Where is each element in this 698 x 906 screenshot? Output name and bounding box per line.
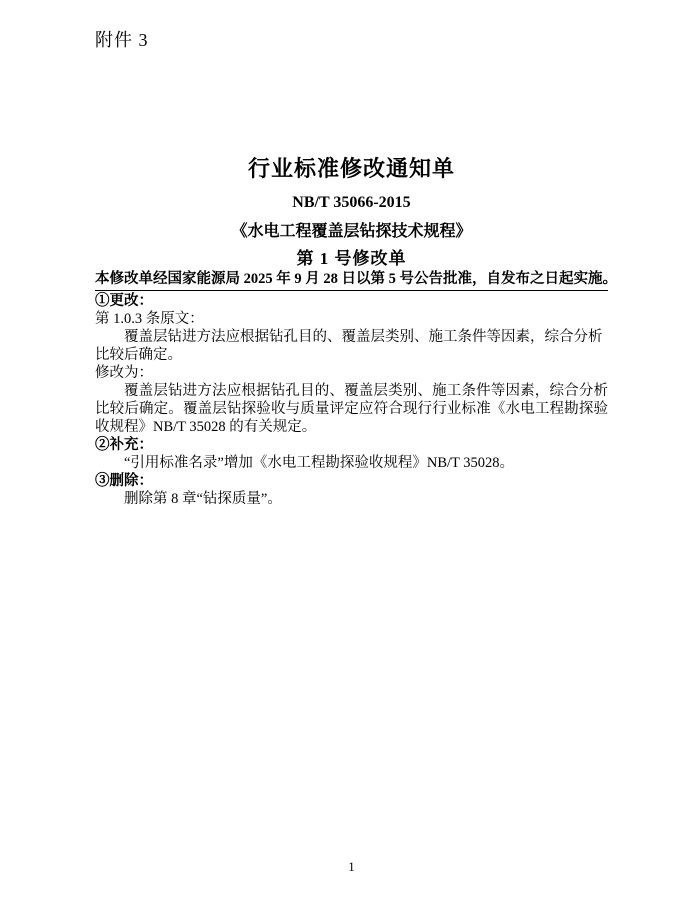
approval-statement: 本修改单经国家能源局 2025 年 9 月 28 日以第 5 号公告批准，自发布… (95, 271, 608, 291)
standard-name: 《水电工程覆盖层钻探技术规程》 (95, 221, 608, 242)
document-header: 行业标准修改通知单 NB/T 35066-2015 《水电工程覆盖层钻探技术规程… (95, 154, 608, 270)
original-clause-label: 第 1.0.3 条原文： (95, 310, 608, 328)
document-title: 行业标准修改通知单 (95, 154, 608, 184)
document-body: 本修改单经国家能源局 2025 年 9 月 28 日以第 5 号公告批准，自发布… (95, 271, 608, 508)
section-heading-change: ①更改： (95, 292, 608, 310)
standard-code: NB/T 35066-2015 (95, 193, 608, 213)
amendment-number: 第 1 号修改单 (95, 248, 608, 270)
page-number: 1 (95, 859, 608, 875)
attachment-label: 附件 3 (95, 26, 149, 52)
supplement-text: “引用标准名录”增加《水电工程勘探验收规程》NB/T 35028。 (95, 454, 608, 472)
document-page: 附件 3 行业标准修改通知单 NB/T 35066-2015 《水电工程覆盖层钻… (0, 0, 698, 906)
delete-text: 删除第 8 章“钻探质量”。 (95, 490, 608, 508)
original-clause-text: 覆盖层钻进方法应根据钻孔目的、覆盖层类别、施工条件等因素，综合分析比较后确定。 (95, 328, 608, 364)
section-heading-delete: ③删除： (95, 472, 608, 490)
section-heading-supplement: ②补充： (95, 436, 608, 454)
revised-label: 修改为： (95, 364, 608, 382)
revised-clause-text: 覆盖层钻进方法应根据钻孔目的、覆盖层类别、施工条件等因素，综合分析比较后确定。覆… (95, 382, 608, 436)
